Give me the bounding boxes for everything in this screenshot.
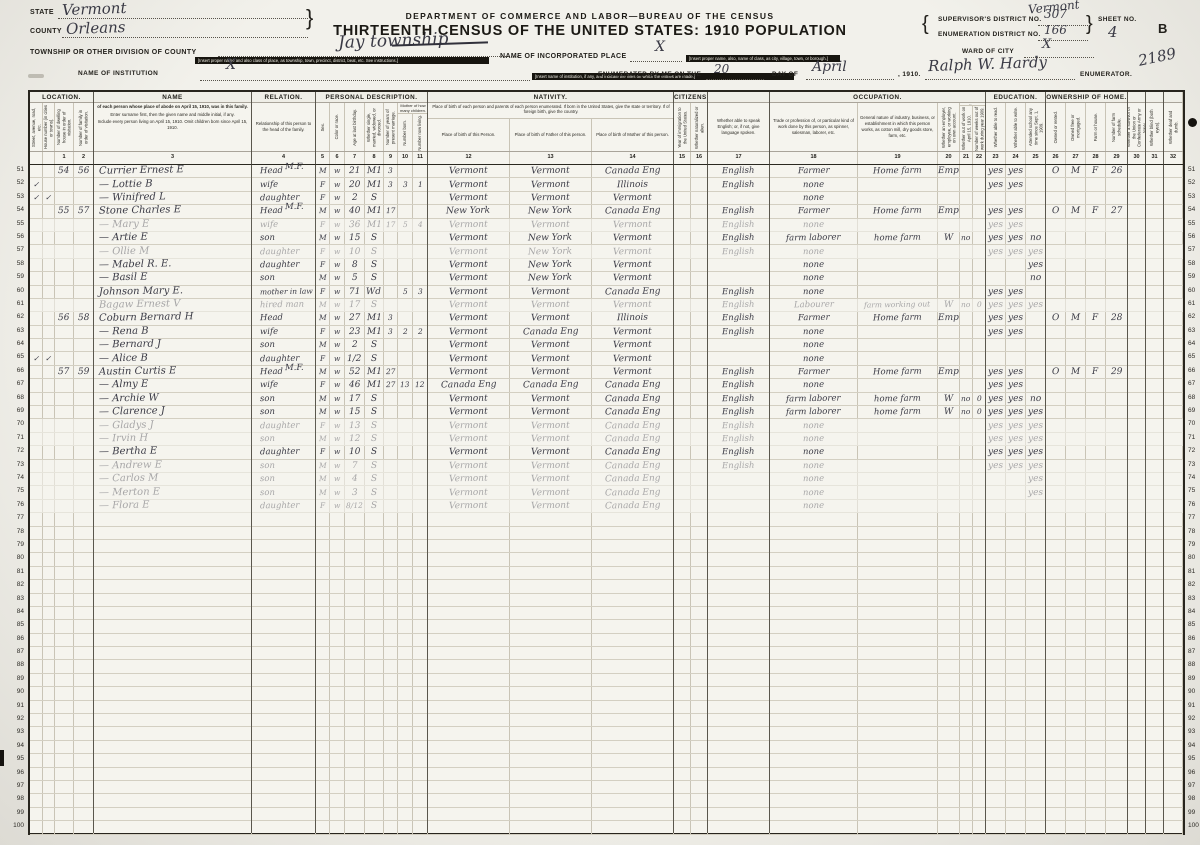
cell-83-vet [1128,594,1146,606]
cell-71-natz [691,433,708,445]
cell-98-english [708,794,770,806]
row-number: 91 [8,699,24,712]
cell-64-name: — Bernard J [94,339,252,351]
cell-82-mortg [1066,580,1086,592]
section-divider [315,92,316,833]
cell-60-relation: mother in law [252,286,316,298]
cell-51-blind [1146,165,1164,177]
cell-62-emp: Emp [938,312,960,324]
cell-60-emp [938,286,960,298]
cell-73-write: yes [1006,460,1026,472]
cell-87-name [94,647,252,659]
cell-89-sex [316,674,330,686]
cell-92-pobf [510,714,592,726]
row-number: 72 [8,444,24,457]
cell-82-age [345,580,365,592]
cell-61-color: w [330,299,345,311]
section-divider [251,92,252,833]
cell-80-school [1026,553,1046,565]
cell-68-pobf: Vermont [510,393,592,405]
cell-95-pob [428,754,510,766]
cell-70-living [413,419,428,431]
cell-51-color: w [330,165,345,177]
cell-56-living [413,232,428,244]
cell-91-name [94,701,252,713]
cell-59-pobf: New York [510,272,592,284]
row-number: 99 [8,806,24,819]
cell-94-industry [858,741,938,753]
row-number: 83 [1188,592,1200,605]
cell-90-outwork [960,687,973,699]
cell-51-family: 56 [74,165,94,177]
cell-87-street [30,647,43,659]
row-number: 100 [1188,819,1200,832]
cell-51-sex: M [316,165,330,177]
cell-90-age [345,687,365,699]
cell-94-pobf [510,741,592,753]
county-line [62,36,308,38]
cell-96-english [708,768,770,780]
cell-54-yrs: 17 [384,205,398,217]
cell-66-relation: HeadM.F. [252,366,316,378]
row-number: 80 [8,551,24,564]
cell-70-trade: none [770,419,858,431]
cell-59-read [986,272,1006,284]
cell-87-relation [252,647,316,659]
cell-95-street [30,754,43,766]
cell-55-living: 4 [413,219,428,231]
cell-91-dwelling [55,701,74,713]
cell-60-write: yes [1006,286,1026,298]
cell-68-yrs [384,393,398,405]
cell-97-age [345,781,365,793]
cell-64-farm [1086,339,1106,351]
cell-66-name: Austin Curtis E [94,366,252,378]
cell-87-vet [1128,647,1146,659]
col-label-english: Whether able to speak English; or, if no… [708,103,770,151]
cell-99-farm [1086,808,1106,820]
cell-94-emp [938,741,960,753]
cell-74-dwelling [55,473,74,485]
cell-61-owned [1046,299,1066,311]
cell-78-mortg [1066,527,1086,539]
cell-87-sched [1106,647,1128,659]
cell-93-natz [691,727,708,739]
cell-58-sex: F [316,259,330,271]
col-number-vet: 30 [1128,152,1146,164]
cell-74-mortg [1066,473,1086,485]
cell-78-emp [938,527,960,539]
cell-55-sex: F [316,219,330,231]
cell-59-relation: son [252,272,316,284]
cell-98-born [398,794,413,806]
cell-99-pobm [592,808,674,820]
cell-55-imm [674,219,691,231]
cell-96-sched [1106,768,1128,780]
table-row: — Flora EdaughterFw8/12SVermontVermontCa… [30,500,1183,513]
cell-91-vet [1128,701,1146,713]
col-number-street [30,152,43,164]
cell-91-sex [316,701,330,713]
cell-75-pobf: Vermont [510,486,592,498]
cell-57-born [398,245,413,257]
row-number: 88 [8,658,24,671]
cell-68-sched [1106,393,1128,405]
cell-84-school [1026,607,1046,619]
cell-59-deaf [1164,272,1183,284]
cell-74-write [1006,473,1026,485]
cell-67-industry [858,379,938,391]
cell-91-farm [1086,701,1106,713]
cell-63-sched [1106,326,1128,338]
cell-79-farm [1086,540,1106,552]
cell-99-color [330,808,345,820]
year-label: , 1910. [898,71,921,78]
cell-72-english: English [708,446,770,458]
cell-99-sched [1106,808,1128,820]
cell-85-street [30,620,43,632]
cell-75-natz [691,486,708,498]
cell-91-yrs [384,701,398,713]
row-number: 82 [1188,578,1200,591]
row-numbers-right: 5152535455565758596061626364656667686970… [1188,163,1200,833]
cell-97-read [986,781,1006,793]
cell-85-family [74,620,94,632]
cell-97-write [1006,781,1026,793]
cell-82-house [43,580,55,592]
cell-56-yrs [384,232,398,244]
cell-73-natz [691,460,708,472]
cell-74-owned [1046,473,1066,485]
cell-72-pobm: Canada Eng [592,446,674,458]
cell-92-street [30,714,43,726]
cell-93-farm [1086,727,1106,739]
cell-65-street: ✓ [30,352,43,364]
cell-54-family: 57 [74,205,94,217]
cell-90-pobm [592,687,674,699]
cell-86-natz [691,634,708,646]
cell-63-blind [1146,326,1164,338]
cell-60-industry [858,286,938,298]
cell-53-pobf: Vermont [510,192,592,204]
cell-72-living [413,446,428,458]
col-number-blind: 31 [1146,152,1164,164]
cell-51-living [413,165,428,177]
cell-74-street [30,473,43,485]
cell-87-natz [691,647,708,659]
cell-83-read [986,594,1006,606]
cell-79-sched [1106,540,1128,552]
cell-60-outwork [960,286,973,298]
cell-79-trade [770,540,858,552]
cell-74-age: 4 [345,473,365,485]
cell-54-living [413,205,428,217]
cell-83-trade [770,594,858,606]
table-row [30,527,1183,540]
cell-58-age: 8 [345,259,365,271]
cell-72-deaf [1164,446,1183,458]
col-label-pobf: Place of birth of Father of this person. [510,119,592,151]
cell-62-vet [1128,312,1146,324]
cell-96-street [30,768,43,780]
cell-54-school [1026,205,1046,217]
cell-84-pobm [592,607,674,619]
cell-69-blind [1146,406,1164,418]
cell-98-living [413,794,428,806]
cell-69-emp: W [938,406,960,418]
cell-63-imm [674,326,691,338]
cell-57-owned [1046,245,1066,257]
cell-62-read: yes [986,312,1006,324]
cell-73-color: w [330,460,345,472]
table-row [30,647,1183,660]
cell-73-emp [938,460,960,472]
cell-73-age: 7 [345,460,365,472]
section-divider [1127,92,1128,833]
cell-82-street [30,580,43,592]
cell-69-name: — Clarence J [94,406,252,418]
cell-57-deaf [1164,245,1183,257]
cell-62-industry: Home farm [858,312,938,324]
cell-95-pobf [510,754,592,766]
cell-92-farm [1086,714,1106,726]
cell-51-pob: Vermont [428,165,510,177]
cell-94-marital [365,741,384,753]
cell-95-mortg [1066,754,1086,766]
cell-99-trade [770,808,858,820]
cell-73-mortg [1066,460,1086,472]
cell-52-english: English [708,178,770,190]
cell-94-pobm [592,741,674,753]
row-number: 70 [1188,417,1200,430]
cell-88-relation [252,660,316,672]
cell-57-pobf: New York [510,245,592,257]
cell-88-street [30,660,43,672]
cell-81-emp [938,567,960,579]
cell-85-english [708,620,770,632]
cell-73-sex: M [316,460,330,472]
cell-90-imm [674,687,691,699]
cell-58-name: — Mabel R. E. [94,259,252,271]
col-label-emp: Whether an employer, employee, or workin… [938,103,960,151]
row-number: 57 [1188,243,1200,256]
cell-82-color [330,580,345,592]
cell-75-living [413,486,428,498]
cell-90-sched [1106,687,1128,699]
cell-85-house [43,620,55,632]
cell-85-read [986,620,1006,632]
col-label-born: Number born. [398,114,413,151]
cell-70-vet [1128,419,1146,431]
month-line [806,78,894,80]
cell-53-outwork [960,192,973,204]
cell-73-family [74,460,94,472]
cell-83-dwelling [55,594,74,606]
cell-52-family [74,178,94,190]
cell-63-english: English [708,326,770,338]
col-label-sched: Number of farm schedule. [1106,103,1128,151]
cell-53-family [74,192,94,204]
cell-89-outwork [960,674,973,686]
cell-57-blind [1146,245,1164,257]
cell-57-marital: S [365,245,384,257]
cell-81-pobm [592,567,674,579]
enumerated-month: April [812,59,847,75]
row-number: 68 [1188,391,1200,404]
cell-80-age [345,553,365,565]
row-number: 61 [8,297,24,310]
cell-84-street [30,607,43,619]
cell-70-natz [691,419,708,431]
cell-98-imm [674,794,691,806]
cell-62-living [413,312,428,324]
cell-90-write [1006,687,1026,699]
cell-94-school [1026,741,1046,753]
cell-95-marital [365,754,384,766]
cell-89-yrs [384,674,398,686]
cell-58-house [43,259,55,271]
district-brace-open-icon: { [922,14,929,34]
cell-80-marital [365,553,384,565]
cell-97-pob [428,781,510,793]
cell-60-read: yes [986,286,1006,298]
cell-90-pobf [510,687,592,699]
cell-64-marital: S [365,339,384,351]
cell-97-school [1026,781,1046,793]
cell-76-imm [674,500,691,512]
cell-76-relation: daughter [252,500,316,512]
row-numbers-left: 5152535455565758596061626364656667686970… [8,163,24,833]
cell-82-school [1026,580,1046,592]
cell-51-owned: O [1046,165,1066,177]
cell-100-deaf [1164,821,1183,833]
cell-88-deaf [1164,660,1183,672]
cell-63-school [1026,326,1046,338]
cell-99-vet [1128,808,1146,820]
cell-65-emp [938,352,960,364]
cell-57-dwelling [55,245,74,257]
cell-57-age: 10 [345,245,365,257]
cell-69-farm [1086,406,1106,418]
name-column-header: of each person whose place of abode on A… [94,103,252,151]
cell-59-street [30,272,43,284]
col-number-sched: 29 [1106,152,1128,164]
cell-95-deaf [1164,754,1183,766]
cell-99-house [43,808,55,820]
cell-86-living [413,634,428,646]
cell-68-color: w [330,393,345,405]
cell-51-english: English [708,165,770,177]
cell-73-trade: none [770,460,858,472]
ward-line [1024,56,1094,58]
cell-70-owned [1046,419,1066,431]
table-row: — Irvin HsonMw12SVermontVermontCanada En… [30,433,1183,446]
cell-60-deaf [1164,286,1183,298]
cell-77-sex [316,513,330,525]
cell-57-read: yes [986,245,1006,257]
cell-91-pobf [510,701,592,713]
cell-93-outwork [960,727,973,739]
cell-95-industry [858,754,938,766]
cell-75-vet [1128,486,1146,498]
cell-74-trade: none [770,473,858,485]
cell-77-blind [1146,513,1164,525]
cell-59-farm [1086,272,1106,284]
cell-79-pobm [592,540,674,552]
cell-91-pob [428,701,510,713]
cell-68-living [413,393,428,405]
cell-89-school [1026,674,1046,686]
cell-85-trade [770,620,858,632]
cell-76-read [986,500,1006,512]
table-row: — Andrew EsonMw7SVermontVermontCanada En… [30,460,1183,473]
cell-70-house [43,419,55,431]
section-divider [673,92,674,833]
cell-89-write [1006,674,1026,686]
cell-89-pobf [510,674,592,686]
cell-54-dwelling: 55 [55,205,74,217]
table-row: — Mary EwifeFw36M11754VermontVermontVerm… [30,219,1183,232]
cell-61-yrs [384,299,398,311]
cell-51-industry: Home farm [858,165,938,177]
cell-85-living [413,620,428,632]
cell-54-outwork [960,205,973,217]
cell-93-sched [1106,727,1128,739]
row-number: 65 [1188,350,1200,363]
cell-94-name [94,741,252,753]
cell-88-pobf [510,660,592,672]
cell-98-pob [428,794,510,806]
col-label-owned: Owned or rented. [1046,103,1066,151]
row-number: 93 [8,725,24,738]
cell-100-pobf [510,821,592,833]
cell-94-outwork [960,741,973,753]
cell-77-family [74,513,94,525]
row-number: 55 [1188,217,1200,230]
cell-94-english [708,741,770,753]
cell-77-dwelling [55,513,74,525]
cell-95-farm [1086,754,1106,766]
cell-54-blind [1146,205,1164,217]
cell-84-natz [691,607,708,619]
cell-77-yrs [384,513,398,525]
cell-53-age: 2 [345,192,365,204]
cell-99-family [74,808,94,820]
cell-65-imm [674,352,691,364]
cell-69-mortg [1066,406,1086,418]
table-row [30,794,1183,807]
row-number: 95 [8,752,24,765]
cell-74-vet [1128,473,1146,485]
section-divider [1145,92,1146,833]
cell-85-outwork [960,620,973,632]
cell-96-vet [1128,768,1146,780]
cell-95-born [398,754,413,766]
row-number: 83 [8,592,24,605]
cell-91-family [74,701,94,713]
cell-52-natz [691,178,708,190]
cell-61-sex: M [316,299,330,311]
cell-57-industry [858,245,938,257]
cell-55-dwelling [55,219,74,231]
cell-78-blind [1146,527,1164,539]
cell-53-living [413,192,428,204]
col-number-english: 17 [708,152,770,164]
cell-88-born [398,660,413,672]
cell-57-outwork [960,245,973,257]
cell-85-yrs [384,620,398,632]
cell-83-industry [858,594,938,606]
